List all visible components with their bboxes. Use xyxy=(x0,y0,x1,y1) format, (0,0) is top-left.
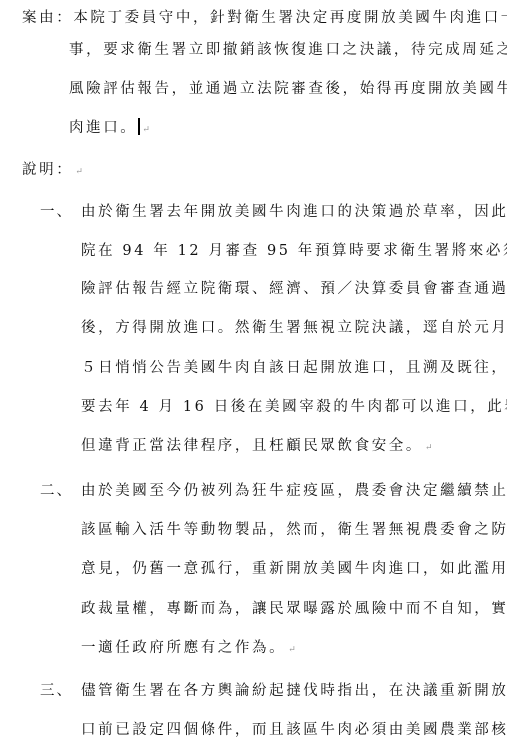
item2-line-5[interactable]: 一適任政府所應有之作為。↵ xyxy=(81,638,296,660)
item2-line-4[interactable]: 政裁量權，專斷而為，讓民眾曝露於風險中而不自知，實非 xyxy=(81,599,507,619)
item1-line-5[interactable]: ５日悄悄公告美國牛肉自該日起開放進口，且溯及既往，只 xyxy=(81,358,507,378)
case-line-1[interactable]: 案由：本院丁委員守中，針對衛生署決定再度開放美國牛肉進口一 xyxy=(22,8,507,28)
item1-line-4[interactable]: 後，方得開放進口。然衛生署無視立院決議，逕自於元月２ xyxy=(81,318,507,338)
item2-line-3[interactable]: 意見，仍舊一意孤行，重新開放美國牛肉進口，如此濫用行 xyxy=(81,559,507,579)
item1-line-7[interactable]: 但違背正當法律程序，且枉顧民眾飲食安全。↵ xyxy=(81,436,433,458)
case-line-3[interactable]: 風險評估報告，並通過立法院審查後，始得再度開放美國牛 xyxy=(69,79,507,99)
item3-line-2[interactable]: 口前已設定四個條件，而且該區牛肉必須由美國農業部核准 xyxy=(81,720,507,740)
item2-line-2[interactable]: 該區輸入活牛等動物製品，然而，衛生署無視農委會之防疫 xyxy=(81,520,507,540)
item1-line-6[interactable]: 要去年 4 月 16 日後在美國宰殺的牛肉都可以進口，此舉非 xyxy=(81,397,507,417)
paragraph-mark-icon: ↵ xyxy=(142,125,150,135)
item-number-3: 三、 xyxy=(40,681,73,701)
paragraph-mark-icon: ↵ xyxy=(288,645,296,655)
case-label: 案由： xyxy=(22,10,73,26)
item2-line-1[interactable]: 由於美國至今仍被列為狂牛症疫區，農委會決定繼續禁止自 xyxy=(81,481,507,501)
item1-line-1[interactable]: 由於衛生署去年開放美國牛肉進口的決策過於草率，因此立 xyxy=(81,202,507,222)
text-cursor xyxy=(138,118,140,135)
case-line-4[interactable]: 肉進口。↵ xyxy=(69,118,150,140)
paragraph-mark-icon: ↵ xyxy=(425,443,433,453)
case-line-2[interactable]: 事，要求衛生署立即撤銷該恢復進口之決議，待完成周延之 xyxy=(69,40,507,60)
explanation-heading[interactable]: 說明：↵ xyxy=(22,160,83,182)
item1-line-2[interactable]: 院在 94 年 12 月審查 95 年預算時要求衛生署將來必須待風 xyxy=(81,241,507,261)
item-number-1: 一、 xyxy=(40,202,73,222)
paragraph-mark-icon: ↵ xyxy=(75,167,83,177)
item-number-2: 二、 xyxy=(40,481,73,501)
item1-line-3[interactable]: 險評估報告經立院衛環、經濟、預／決算委員會審查通過 xyxy=(81,279,507,299)
item3-line-1[interactable]: 儘管衛生署在各方輿論紛起撻伐時指出，在決議重新開放進 xyxy=(81,681,507,701)
